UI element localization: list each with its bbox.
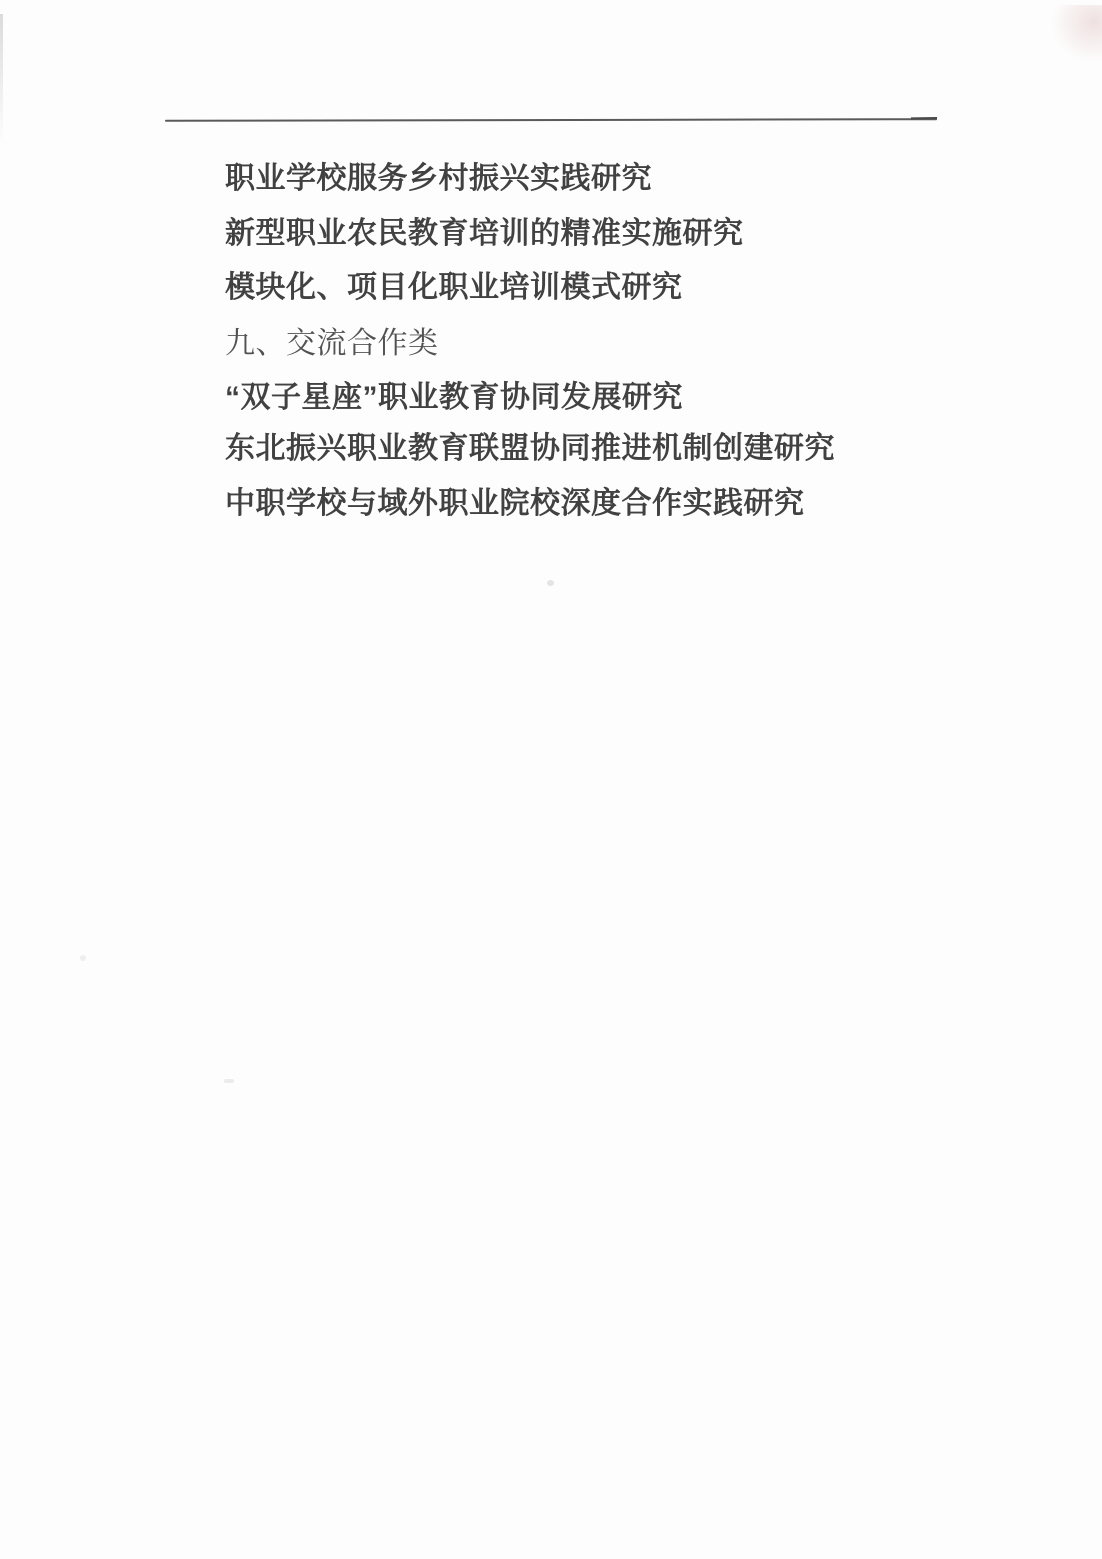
header-divider-line	[165, 118, 937, 122]
section-heading: 九、交流合作类	[225, 327, 439, 361]
scan-edge-artifact	[0, 14, 3, 144]
research-topic-line: 新型职业农民教育培训的精准实施研究	[225, 217, 744, 251]
research-topic-line: 中职学校与域外职业院校深度合作实践研究	[225, 487, 805, 521]
scan-speck	[224, 1079, 234, 1083]
research-topic-line: “双子星座”职业教育协同发展研究	[225, 381, 683, 415]
scan-corner-smudge	[1050, 5, 1102, 63]
research-topic-line: 东北振兴职业教育联盟协同推进机制创建研究	[225, 432, 835, 466]
research-topic-line: 职业学校服务乡村振兴实践研究	[225, 162, 652, 196]
scan-speck	[547, 580, 554, 586]
research-topic-line: 模块化、项目化职业培训模式研究	[225, 271, 683, 305]
scanned-document-page: 职业学校服务乡村振兴实践研究 新型职业农民教育培训的精准实施研究 模块化、项目化…	[0, 0, 1102, 1559]
scan-speck	[80, 955, 86, 961]
